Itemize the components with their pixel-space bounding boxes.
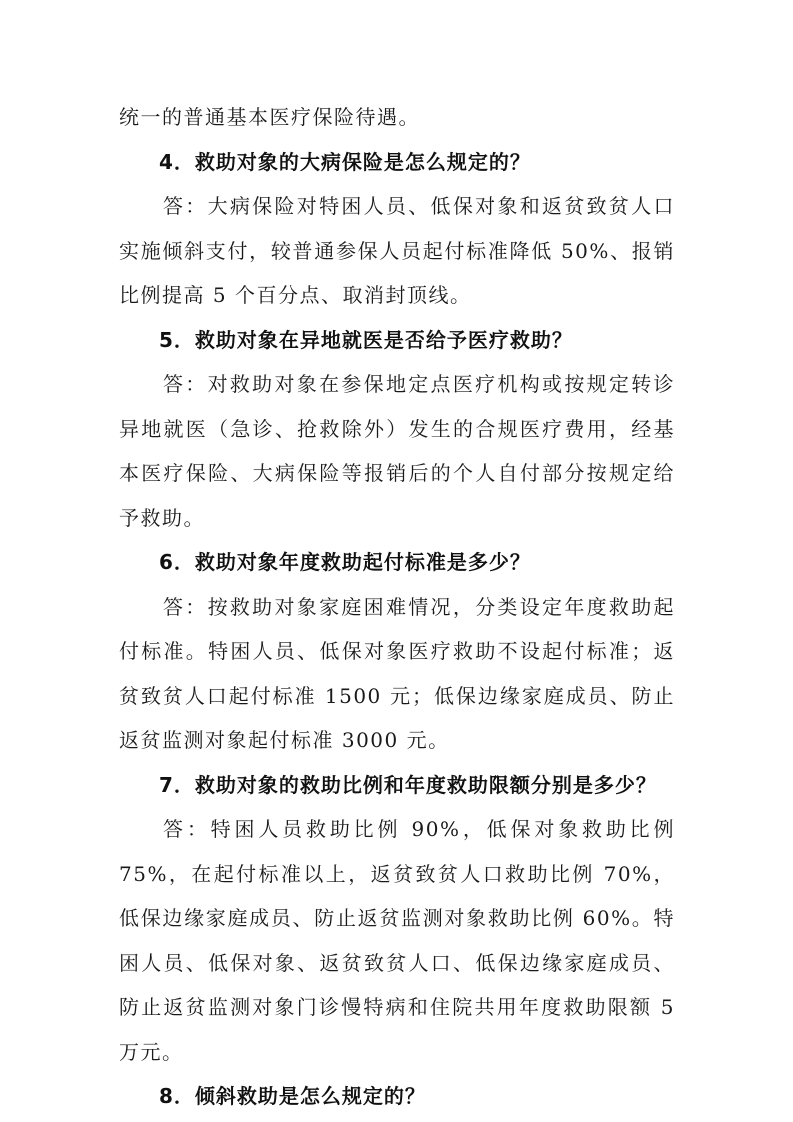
qa-section-4: 4．救助对象的大病保险是怎么规定的？ 答：大病保险对特困人员、低保对象和返贫致贫… <box>119 140 675 318</box>
continuation-paragraph: 统一的普通基本医疗保险待遇。 <box>119 95 675 140</box>
question-heading: 4．救助对象的大病保险是怎么规定的？ <box>119 140 675 185</box>
question-heading: 6．救助对象年度救助起付标准是多少？ <box>119 540 675 585</box>
answer-paragraph: 答：对救助对象在参保地定点医疗机构或按规定转诊异地就医（急诊、抢救除外）发生的合… <box>119 362 675 540</box>
question-heading: 5．救助对象在异地就医是否给予医疗救助？ <box>119 318 675 363</box>
qa-section-5: 5．救助对象在异地就医是否给予医疗救助？ 答：对救助对象在参保地定点医疗机构或按… <box>119 318 675 541</box>
question-heading: 7．救助对象的救助比例和年度救助限额分别是多少？ <box>119 763 675 808</box>
document-page: 统一的普通基本医疗保险待遇。 4．救助对象的大病保险是怎么规定的？ 答：大病保险… <box>119 95 675 1119</box>
qa-section-8: 8．倾斜救助是怎么规定的？ <box>119 1074 675 1119</box>
question-heading: 8．倾斜救助是怎么规定的？ <box>119 1074 675 1119</box>
qa-section-6: 6．救助对象年度救助起付标准是多少？ 答：按救助对象家庭困难情况，分类设定年度救… <box>119 540 675 763</box>
answer-paragraph: 答：按救助对象家庭困难情况，分类设定年度救助起付标准。特困人员、低保对象医疗救助… <box>119 585 675 763</box>
answer-paragraph: 答：大病保险对特困人员、低保对象和返贫致贫人口实施倾斜支付，较普通参保人员起付标… <box>119 184 675 318</box>
qa-section-7: 7．救助对象的救助比例和年度救助限额分别是多少？ 答：特困人员救助比例 90%，… <box>119 763 675 1075</box>
answer-paragraph: 答：特困人员救助比例 90%，低保对象救助比例 75%，在起付标准以上，返贫致贫… <box>119 807 675 1074</box>
